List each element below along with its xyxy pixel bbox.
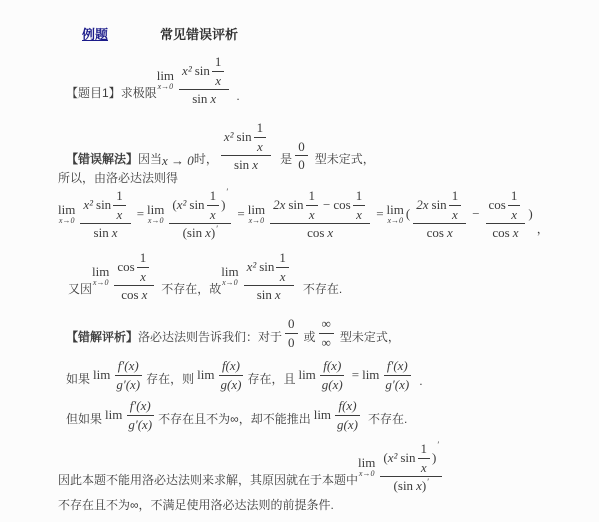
equals-sign: = bbox=[237, 206, 244, 222]
math-term: x bbox=[353, 206, 365, 223]
but-if-line: 但如果 lim f′(x) g′(x) 不存在且不为∞，却不能推出 lim f(… bbox=[66, 398, 407, 432]
math-term: lim bbox=[157, 69, 174, 82]
derivation-formula: lim x→0 x² sin 1 x sin x = l bbox=[58, 188, 533, 241]
math-fraction: 1 x bbox=[418, 441, 431, 475]
minus-sign: − bbox=[472, 206, 479, 222]
fraction-formula: x² sin 1 x sin x bbox=[218, 120, 274, 173]
derivation-line: lim x→0 x² sin 1 x sin x = l bbox=[58, 188, 549, 241]
math-term: sin bbox=[195, 63, 210, 79]
limit-subscript: x→0 bbox=[222, 279, 238, 287]
math-term: lim bbox=[314, 407, 331, 423]
youyin-line: 又因 lim x→0 cos 1 x cos x 不存在，故 bbox=[68, 250, 342, 303]
math-fraction: f′(x) g′(x) bbox=[113, 358, 143, 392]
math-fraction: x² sin 1 x sin x bbox=[244, 250, 294, 303]
prime-mark: ′ bbox=[216, 225, 218, 234]
header: 例题 常见错误评析 bbox=[82, 24, 238, 43]
math-term: g′(x) bbox=[113, 376, 143, 393]
indeterminate-text: 型未定式， bbox=[315, 151, 375, 168]
math-term: lim bbox=[358, 456, 375, 469]
math-term: sin bbox=[189, 197, 204, 213]
review-line: 【错解评析】 洛必达法则告诉我们：对于 0 0 或 ∞ ∞ 型未定式， bbox=[66, 316, 400, 350]
math-fraction: ( x² sin 1 x ) ′ ( sin x ) ′ bbox=[380, 441, 442, 494]
math-fraction: 2x sin 1 x − cos 1 x cos x bbox=[270, 188, 370, 241]
limit-operator: lim x→0 bbox=[92, 265, 109, 287]
math-term: sin bbox=[432, 197, 447, 213]
math-term: lim bbox=[362, 367, 379, 383]
math-term: sin bbox=[288, 197, 303, 213]
math-term: 1 bbox=[306, 188, 319, 206]
math-fraction: x² sin 1 x sin x bbox=[80, 188, 130, 241]
math-term: lim bbox=[248, 203, 265, 216]
math-term: cos bbox=[427, 225, 444, 241]
math-term: lim bbox=[58, 203, 75, 216]
math-term: 1 bbox=[418, 441, 431, 459]
math-fraction: cos 1 x cos x bbox=[114, 250, 154, 303]
math-fraction: x² sin 1 x sin x bbox=[221, 120, 271, 173]
math-term: 0 bbox=[295, 156, 308, 173]
inf-over-inf: ∞ ∞ bbox=[316, 316, 337, 350]
limit-subscript: x→0 bbox=[387, 217, 403, 225]
example-tag-link[interactable]: 例题 bbox=[82, 24, 108, 43]
exists-and-text: 存在，且 bbox=[247, 371, 295, 388]
shi-text: 时， bbox=[194, 151, 218, 168]
math-term: cos bbox=[333, 197, 350, 213]
math-term: x² bbox=[177, 197, 187, 213]
math-term: 2x bbox=[273, 197, 285, 213]
limit-subscript: x→0 bbox=[59, 217, 75, 225]
math-term: 1 bbox=[137, 250, 150, 268]
math-term: sin bbox=[259, 259, 274, 275]
limit-subscript: x→0 bbox=[93, 279, 109, 287]
math-term: ∞ bbox=[319, 334, 334, 351]
zero-over-zero: 0 0 bbox=[292, 139, 311, 173]
paren: ) bbox=[422, 478, 426, 494]
math-fraction: 1 x bbox=[306, 188, 319, 222]
math-term: lim bbox=[93, 367, 110, 383]
math-fraction: 1 x bbox=[508, 188, 521, 222]
paren: ) bbox=[221, 197, 225, 213]
limit-operator: lim x→0 bbox=[147, 203, 164, 225]
paren: ) bbox=[528, 206, 532, 222]
math-term: 0 bbox=[285, 316, 298, 334]
period-text: . bbox=[236, 89, 239, 103]
math-fraction: 0 0 bbox=[285, 316, 298, 350]
x-tends-zero-text: x → 0 bbox=[162, 153, 194, 169]
is-text: 是 bbox=[280, 151, 292, 168]
math-term: 1 bbox=[207, 188, 220, 206]
paren: ) bbox=[432, 450, 436, 466]
or-text: 或 bbox=[304, 329, 316, 346]
math-term: sin bbox=[94, 225, 109, 241]
question-label: 【题目1】 bbox=[66, 85, 121, 102]
math-fraction: f(x) g(x) bbox=[218, 358, 245, 392]
period-text: . bbox=[419, 374, 422, 388]
limit-subscript: x→0 bbox=[249, 217, 265, 225]
math-term: cos bbox=[121, 287, 138, 303]
paren: ( bbox=[406, 206, 410, 222]
math-term: x bbox=[212, 72, 224, 89]
math-term: x bbox=[207, 206, 219, 223]
math-term: g(x) bbox=[218, 376, 245, 393]
limit-operator: lim x→0 bbox=[248, 203, 265, 225]
math-fraction: 0 0 bbox=[295, 139, 308, 173]
indeterminate-text: 型未定式， bbox=[340, 329, 400, 346]
math-term: x bbox=[114, 206, 126, 223]
math-term: f′(x) bbox=[115, 358, 142, 376]
if-line: 如果 lim f′(x) g′(x) 存在，则 lim f(x) g(x) 存在… bbox=[66, 358, 423, 392]
math-term: sin bbox=[257, 287, 272, 303]
math-term: lim bbox=[387, 203, 404, 216]
math-term: 1 bbox=[113, 188, 126, 206]
math-term: x bbox=[112, 225, 118, 241]
review-label: 【错解评析】 bbox=[66, 329, 138, 346]
limit-formula: lim f′(x) g′(x) bbox=[90, 358, 146, 392]
limit-operator: lim x→0 bbox=[221, 265, 238, 287]
math-term: g(x) bbox=[334, 416, 361, 433]
math-fraction: 1 x bbox=[137, 250, 150, 284]
not-exist-text: 不存在. bbox=[303, 281, 342, 298]
math-term: f′(x) bbox=[384, 358, 411, 376]
math-fraction: 1 x bbox=[449, 188, 462, 222]
math-term: x bbox=[306, 206, 318, 223]
math-fraction: f′(x) g′(x) bbox=[125, 398, 155, 432]
math-fraction: x² sin 1 x sin x bbox=[179, 54, 229, 107]
math-term: 1 bbox=[508, 188, 521, 206]
math-term: x² bbox=[247, 259, 257, 275]
math-term: x bbox=[327, 225, 333, 241]
math-term: sin bbox=[398, 478, 413, 494]
math-term: g′(x) bbox=[125, 416, 155, 433]
math-fraction: f′(x) g′(x) bbox=[382, 358, 412, 392]
math-term: cos bbox=[307, 225, 324, 241]
final-tail-text: 不存在且不为∞，不满足使用洛必达法则的前提条件. bbox=[58, 497, 334, 514]
math-term: g′(x) bbox=[382, 376, 412, 393]
math-term: sin bbox=[400, 450, 415, 466]
math-term: 0 bbox=[285, 334, 298, 351]
math-term: cos bbox=[117, 259, 134, 275]
conclusion-line-2: 不存在且不为∞，不满足使用洛必达法则的前提条件. bbox=[58, 497, 334, 518]
but-if-text: 但如果 bbox=[66, 411, 102, 428]
wrong-method-lead: 因当 bbox=[138, 151, 162, 168]
math-fraction: ( x² sin 1 x ) ′ ( sin x ) ′ bbox=[169, 188, 231, 241]
page-title: 常见错误评析 bbox=[160, 24, 238, 43]
math-term: sin bbox=[192, 91, 207, 107]
limit-formula: lim f(x) g(x) bbox=[311, 398, 364, 432]
math-term: 1 bbox=[276, 250, 289, 268]
question-lead: 求极限 bbox=[121, 85, 157, 102]
comma-text: ， bbox=[537, 220, 549, 237]
question-line: 【题目1】 求极限 lim x→0 x² sin 1 x sin x bbox=[66, 54, 240, 107]
math-term: 0 bbox=[295, 139, 308, 157]
conclusion-line-1: 因此本题不能用洛必达法则来求解，其原因就在于本题中 lim x→0 ( x² s… bbox=[58, 441, 445, 494]
math-term: x bbox=[447, 225, 453, 241]
therefore-text: 所以，由洛必达法则得 bbox=[58, 170, 178, 187]
math-term: ∞ bbox=[319, 316, 334, 334]
limit-operator: lim x→0 bbox=[58, 203, 75, 225]
limit-formula: lim x→0 x² sin 1 x sin x bbox=[157, 54, 233, 107]
limit-formula: lim x→0 cos 1 x cos x bbox=[92, 250, 157, 303]
exists-then-text: 存在，则 bbox=[146, 371, 194, 388]
math-term: x bbox=[508, 206, 520, 223]
math-term: f(x) bbox=[320, 358, 344, 376]
limit-formula: lim x→0 ( x² sin 1 x ) ′ ( sin bbox=[358, 441, 445, 494]
math-term: sin bbox=[234, 157, 249, 173]
math-term: lim bbox=[147, 203, 164, 216]
math-fraction: 1 x bbox=[353, 188, 366, 222]
equals-sign: = bbox=[352, 367, 359, 383]
math-term: x bbox=[254, 138, 266, 155]
math-fraction: ∞ ∞ bbox=[319, 316, 334, 350]
math-fraction: 1 x bbox=[276, 250, 289, 284]
cannot-infer-text: 不存在且不为∞，却不能推出 bbox=[158, 411, 311, 428]
math-fraction: 1 x bbox=[113, 188, 126, 222]
wrong-method-line: 【错误解法】 因当 x → 0 时， x² sin 1 x sin x 是 bbox=[66, 120, 375, 173]
math-term: 1 bbox=[254, 120, 267, 138]
math-term: lim bbox=[298, 367, 315, 383]
math-term: g(x) bbox=[319, 376, 346, 393]
math-term: x² bbox=[182, 63, 192, 79]
math-term: lim bbox=[92, 265, 109, 278]
limit-formula: lim f′(x) g′(x) bbox=[102, 398, 158, 432]
limit-operator: lim x→0 bbox=[358, 456, 375, 478]
math-term: f′(x) bbox=[127, 398, 154, 416]
math-term: cos bbox=[489, 197, 506, 213]
math-term: x bbox=[252, 157, 258, 173]
youyin-text: 又因 bbox=[68, 281, 92, 298]
math-term: lim bbox=[105, 407, 122, 423]
math-fraction: 1 x bbox=[254, 120, 267, 154]
math-term: x bbox=[418, 459, 430, 476]
math-term: 1 bbox=[353, 188, 366, 206]
limit-subscript: x→0 bbox=[359, 470, 375, 478]
math-term: x² bbox=[224, 129, 234, 145]
math-term: sin bbox=[187, 225, 202, 241]
limit-equation: lim f(x) g(x) = lim f′(x) g′(x) bbox=[295, 358, 415, 392]
not-exist-text: 不存在. bbox=[368, 411, 407, 428]
math-term: 1 bbox=[449, 188, 462, 206]
prime-mark: ′ bbox=[226, 188, 228, 197]
minus-sign: − bbox=[323, 197, 330, 213]
math-term: lim bbox=[197, 367, 214, 383]
equals-sign: = bbox=[137, 206, 144, 222]
document-page: 例题 常见错误评析 【题目1】 求极限 lim x→0 x² sin 1 x bbox=[0, 0, 599, 522]
review-lead: 洛必达法则告诉我们：对于 bbox=[138, 329, 282, 346]
math-fraction: 1 x bbox=[207, 188, 220, 222]
math-term: 1 bbox=[212, 54, 225, 72]
math-term: f(x) bbox=[335, 398, 359, 416]
math-term: x bbox=[210, 91, 216, 107]
if-text: 如果 bbox=[66, 371, 90, 388]
final-lead-text: 因此本题不能用洛必达法则来求解，其原因就在于本题中 bbox=[58, 472, 358, 489]
prime-mark: ′ bbox=[427, 478, 429, 487]
math-term: sin bbox=[96, 197, 111, 213]
math-term: x bbox=[275, 287, 281, 303]
limit-operator: lim x→0 bbox=[387, 203, 404, 225]
limit-subscript: x→0 bbox=[158, 83, 174, 91]
paren: ) bbox=[211, 225, 215, 241]
math-fraction: 1 x bbox=[212, 54, 225, 88]
math-term: sin bbox=[237, 129, 252, 145]
limit-operator: lim x→0 bbox=[157, 69, 174, 91]
math-term: 2x bbox=[416, 197, 428, 213]
math-term: x² bbox=[83, 197, 93, 213]
limit-formula: lim f(x) g(x) bbox=[194, 358, 247, 392]
math-fraction: f(x) g(x) bbox=[319, 358, 346, 392]
math-term: x bbox=[142, 287, 148, 303]
not-exist-text: 不存在，故 bbox=[161, 281, 221, 298]
math-fraction: cos 1 x cos x bbox=[486, 188, 526, 241]
prime-mark: ′ bbox=[437, 441, 439, 450]
math-term: lim bbox=[221, 265, 238, 278]
math-term: x bbox=[449, 206, 461, 223]
math-term: x² bbox=[388, 450, 398, 466]
math-term: x bbox=[277, 268, 289, 285]
limit-subscript: x→0 bbox=[148, 217, 164, 225]
math-term: x bbox=[513, 225, 519, 241]
wrong-method-label: 【错误解法】 bbox=[66, 151, 138, 168]
math-term: x bbox=[137, 268, 149, 285]
math-term: f(x) bbox=[219, 358, 243, 376]
math-term: cos bbox=[492, 225, 509, 241]
equals-sign: = bbox=[376, 206, 383, 222]
zero-over-zero: 0 0 bbox=[282, 316, 301, 350]
math-fraction: f(x) g(x) bbox=[334, 398, 361, 432]
limit-formula: lim x→0 x² sin 1 x sin x bbox=[221, 250, 297, 303]
math-fraction: 2x sin 1 x cos x bbox=[413, 188, 466, 241]
